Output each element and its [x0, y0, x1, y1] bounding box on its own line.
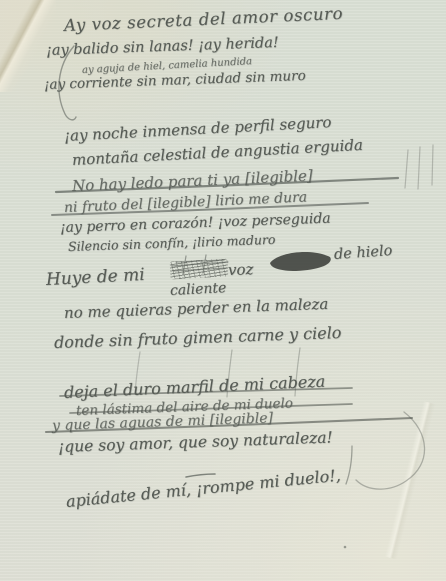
stanza-divider-dash: [186, 474, 215, 477]
manuscript-word: de hielo: [333, 243, 392, 263]
paper-crease: [365, 396, 446, 563]
flourish-stroke: [346, 446, 352, 484]
manuscript-line: donde sin fruto gimen carne y cielo: [54, 323, 342, 352]
scribbled-out-word: [170, 258, 229, 279]
manuscript-line: ¡que soy amor, que soy naturaleza!: [58, 428, 333, 456]
manuscript-line: Huye de mi: [45, 265, 145, 290]
pencil-blot: [270, 252, 331, 271]
manuscript-line: Silencio sin confín, ¡lirio maduro: [68, 232, 276, 254]
pencil-dot: [344, 546, 347, 549]
margin-tally-stroke: [432, 145, 433, 185]
manuscript-word: voz: [228, 260, 254, 279]
manuscript-line: ¡ay balido sin lanas! ¡ay herida!: [46, 35, 279, 59]
margin-tally-stroke: [418, 147, 420, 189]
margin-tally-stroke: [405, 150, 408, 188]
manuscript-line: no me quieras perder en la maleza: [64, 295, 329, 322]
manuscript-line: apiádate de mí, ¡rompe mi duelo!,: [65, 466, 341, 511]
manuscript-line: Ay voz secreta del amor oscuro: [64, 4, 344, 35]
manuscript-correction-word: caliente: [170, 280, 227, 299]
manuscript-page: Ay voz secreta del amor oscuro ¡ay balid…: [0, 0, 446, 581]
